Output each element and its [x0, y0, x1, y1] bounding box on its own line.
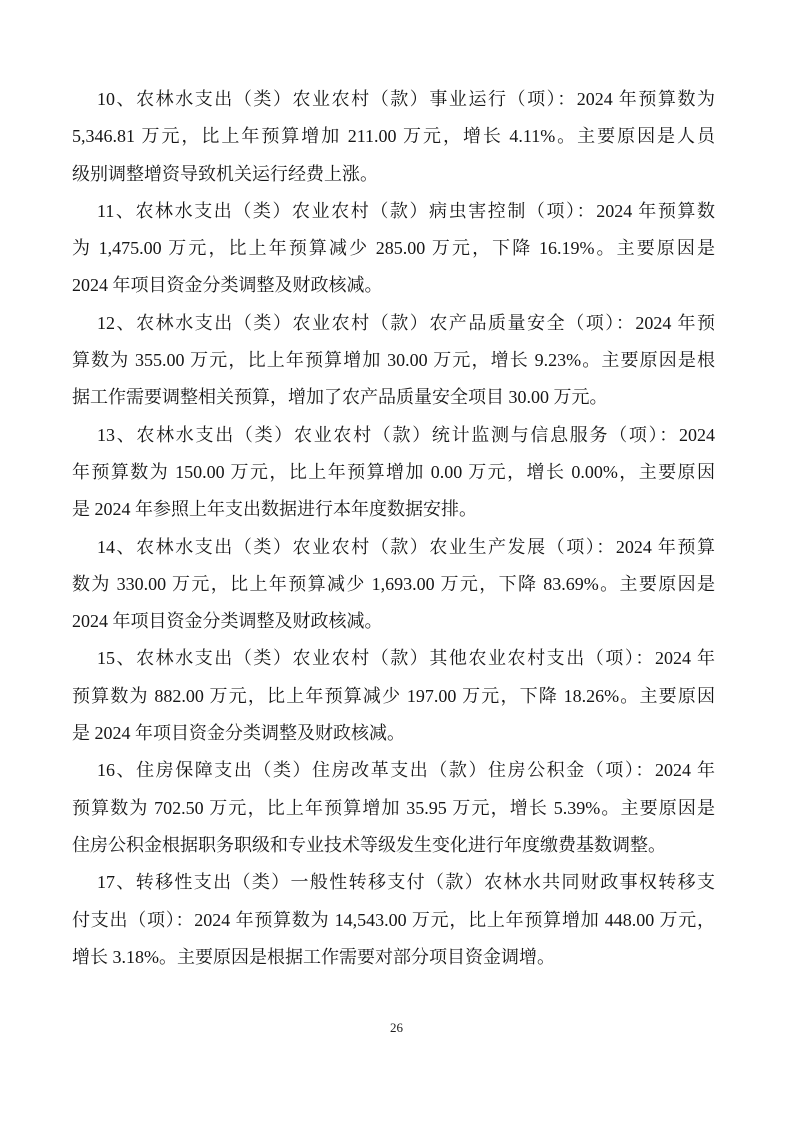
budget-item-paragraph: 16、住房保障支出（类）住房改革支出（款）住房公积金（项）：2024 年预算数为…: [72, 752, 715, 864]
budget-notes-section: 10、农林水支出（类）农业农村（款）事业运行（项）：2024 年预算数为5,34…: [72, 81, 715, 976]
text-line: 住房公积金根据职务职级和专业技术等级发生变化进行年度缴费基数调整。: [72, 827, 715, 864]
text-line: 17、转移性支出（类）一般性转移支付（款）农林水共同财政事权转移支: [72, 864, 715, 901]
text-line: 是 2024 年项目资金分类调整及财政核减。: [72, 715, 715, 752]
text-line: 级别调整增资导致机关运行经费上涨。: [72, 156, 715, 193]
text-line: 5,346.81 万元，比上年预算增加 211.00 万元，增长 4.11%。主…: [72, 118, 715, 155]
text-line: 据工作需要调整相关预算，增加了农产品质量安全项目 30.00 万元。: [72, 379, 715, 416]
budget-item-paragraph: 11、农林水支出（类）农业农村（款）病虫害控制（项）：2024 年预算数为 1,…: [72, 193, 715, 305]
text-line: 付支出（项）：2024 年预算数为 14,543.00 万元，比上年预算增加 4…: [72, 902, 715, 939]
budget-item-paragraph: 17、转移性支出（类）一般性转移支付（款）农林水共同财政事权转移支付支出（项）：…: [72, 864, 715, 976]
text-line: 是 2024 年参照上年支出数据进行本年度数据安排。: [72, 491, 715, 528]
text-line: 预算数为 882.00 万元，比上年预算减少 197.00 万元，下降 18.2…: [72, 678, 715, 715]
budget-item-paragraph: 10、农林水支出（类）农业农村（款）事业运行（项）：2024 年预算数为5,34…: [72, 81, 715, 193]
text-line: 12、农林水支出（类）农业农村（款）农产品质量安全（项）：2024 年预: [72, 305, 715, 342]
text-line: 算数为 355.00 万元，比上年预算增加 30.00 万元，增长 9.23%。…: [72, 342, 715, 379]
text-line: 13、农林水支出（类）农业农村（款）统计监测与信息服务（项）：2024: [72, 417, 715, 454]
text-line: 2024 年项目资金分类调整及财政核减。: [72, 603, 715, 640]
text-line: 14、农林水支出（类）农业农村（款）农业生产发展（项）：2024 年预算: [72, 529, 715, 566]
text-line: 11、农林水支出（类）农业农村（款）病虫害控制（项）：2024 年预算数: [72, 193, 715, 230]
budget-item-paragraph: 12、农林水支出（类）农业农村（款）农产品质量安全（项）：2024 年预算数为 …: [72, 305, 715, 417]
text-line: 15、农林水支出（类）农业农村（款）其他农业农村支出（项）：2024 年: [72, 640, 715, 677]
page-footer: 26: [0, 1020, 793, 1036]
text-line: 16、住房保障支出（类）住房改革支出（款）住房公积金（项）：2024 年: [72, 752, 715, 789]
text-line: 2024 年项目资金分类调整及财政核减。: [72, 267, 715, 304]
budget-item-paragraph: 14、农林水支出（类）农业农村（款）农业生产发展（项）：2024 年预算数为 3…: [72, 529, 715, 641]
text-line: 10、农林水支出（类）农业农村（款）事业运行（项）：2024 年预算数为: [72, 81, 715, 118]
text-line: 为 1,475.00 万元，比上年预算减少 285.00 万元，下降 16.19…: [72, 230, 715, 267]
text-line: 增长 3.18%。主要原因是根据工作需要对部分项目资金调增。: [72, 939, 715, 976]
text-line: 预算数为 702.50 万元，比上年预算增加 35.95 万元，增长 5.39%…: [72, 790, 715, 827]
budget-item-paragraph: 15、农林水支出（类）农业农村（款）其他农业农村支出（项）：2024 年预算数为…: [72, 640, 715, 752]
page-number: 26: [390, 1020, 403, 1035]
budget-item-paragraph: 13、农林水支出（类）农业农村（款）统计监测与信息服务（项）：2024年预算数为…: [72, 417, 715, 529]
text-line: 年预算数为 150.00 万元，比上年预算增加 0.00 万元，增长 0.00%…: [72, 454, 715, 491]
text-line: 数为 330.00 万元，比上年预算减少 1,693.00 万元，下降 83.6…: [72, 566, 715, 603]
